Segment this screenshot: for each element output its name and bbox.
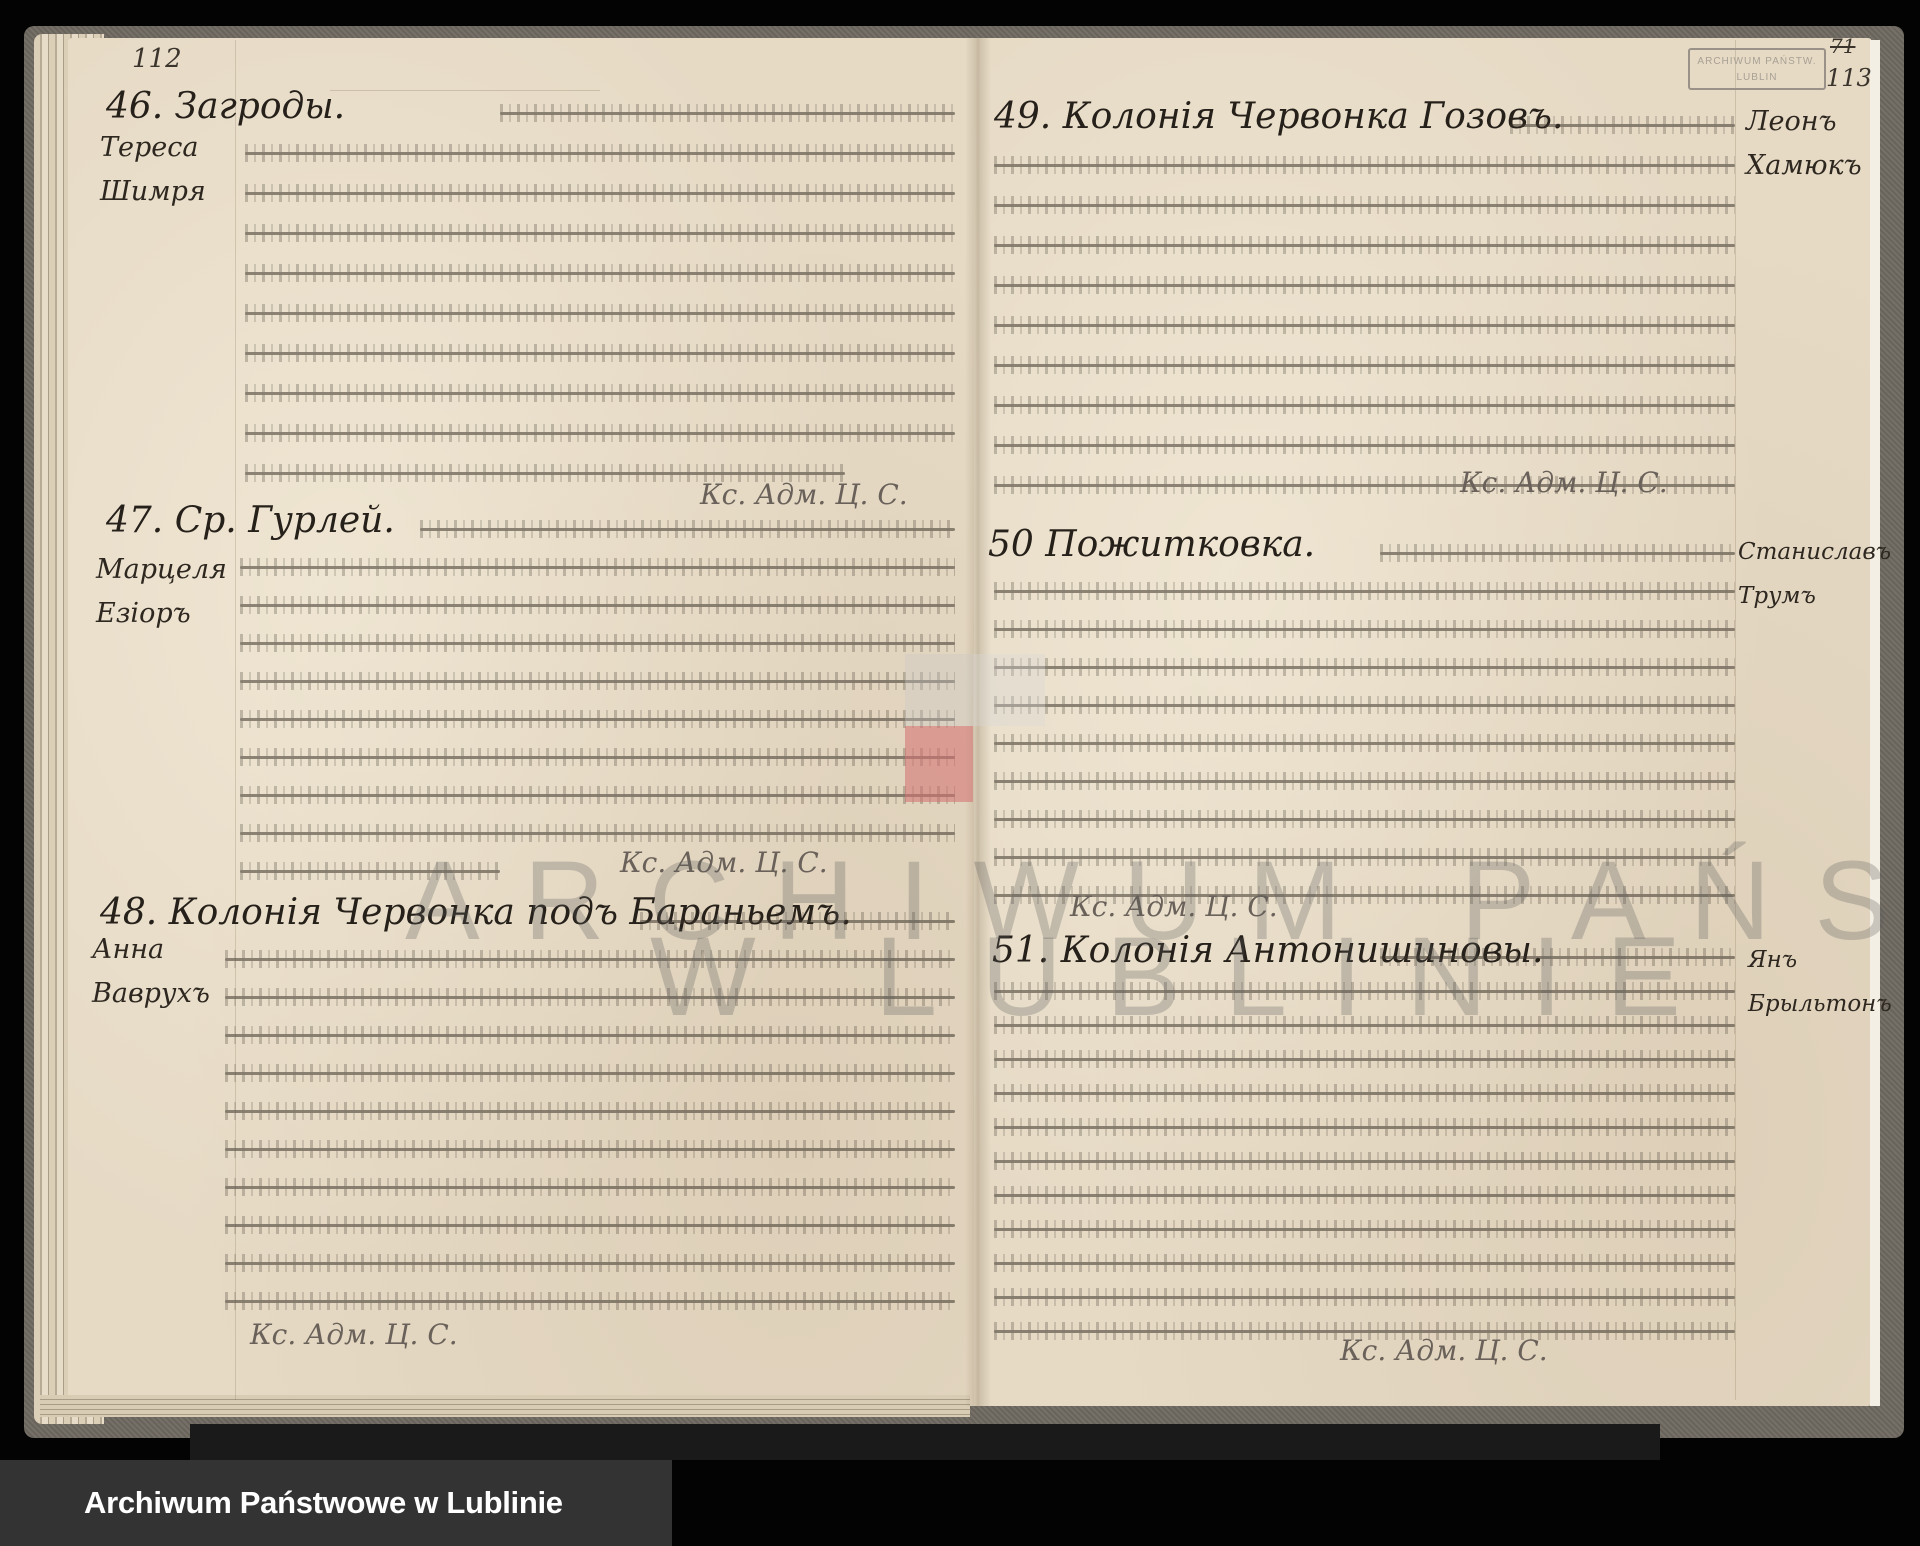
handwritten-line (994, 1296, 1735, 1299)
archive-stamp: ARCHIWUM PAŃSTW. LUBLIN (1688, 48, 1826, 90)
handwritten-line (245, 272, 955, 275)
handwritten-line (500, 112, 955, 115)
entry-number: 46. (106, 86, 163, 127)
page-stack-bottom (40, 1395, 970, 1417)
handwritten-line (245, 312, 955, 315)
margin-name: Анна (92, 928, 210, 972)
watermark-logo-red-block (905, 726, 973, 802)
margin-surname: Хамюкъ (1746, 144, 1862, 188)
entry-number: 48. (100, 892, 157, 933)
archive-caption-bar: Archiwum Państwowe w Lublinie (0, 1460, 672, 1546)
handwritten-line (245, 472, 845, 475)
handwritten-line (245, 192, 955, 195)
handwritten-line (240, 680, 955, 683)
handwritten-line (245, 352, 955, 355)
handwritten-line (420, 528, 955, 531)
entry-place: Загроды. (175, 86, 345, 127)
handwritten-line (994, 1126, 1735, 1129)
watermark-logo-block (973, 654, 1045, 726)
margin-surname: Ваврухъ (92, 972, 210, 1016)
right-folio-number: 113 (1826, 64, 1872, 92)
handwritten-line (994, 204, 1735, 207)
entry-place: Колонія Червонка Гозовъ. (1063, 96, 1564, 137)
handwritten-line (994, 1262, 1735, 1265)
margin-name: Тереса (100, 126, 206, 170)
handwritten-line (994, 1330, 1735, 1333)
handwritten-line (994, 164, 1735, 167)
handwritten-line (240, 604, 955, 607)
margin-name: Леонъ (1746, 100, 1862, 144)
handwritten-line (994, 742, 1735, 745)
left-folio-number: 112 (132, 44, 182, 74)
handwritten-line (994, 284, 1735, 287)
margin-surname: Езіоръ (96, 592, 227, 636)
handwritten-line (245, 232, 955, 235)
handwritten-line (994, 666, 1735, 669)
handwritten-line (994, 780, 1735, 783)
handwritten-line (1510, 124, 1735, 127)
handwritten-line (994, 1058, 1735, 1061)
margin-name: Марцеля (96, 548, 227, 592)
handwritten-line (225, 1262, 955, 1265)
handwritten-line (994, 1194, 1735, 1197)
right-margin-rule (1735, 40, 1736, 1400)
stamp-line-1: ARCHIWUM PAŃSTW. (1690, 54, 1824, 70)
handwritten-line (1380, 552, 1735, 555)
watermark-line-2: W LUBLINIE (650, 912, 1725, 1041)
right-page-edge (1870, 40, 1880, 1406)
priest-signature: Кс. Адм. Ц. С. (1340, 1334, 1548, 1367)
image-viewer: 112 ARCHIWUM PAŃSTW. LUBLIN 71 113 46. З… (0, 0, 1920, 1546)
entry-number: 47. (106, 500, 163, 541)
entry-number: 50 (988, 524, 1034, 565)
archive-name: Archiwum Państwowe w Lublinie (84, 1485, 563, 1521)
handwritten-line (240, 756, 955, 759)
stamp-line-2: LUBLIN (1690, 70, 1824, 86)
margin-surname: Брыльтонъ (1748, 982, 1892, 1026)
header-rule (330, 90, 600, 91)
handwritten-line (994, 590, 1735, 593)
handwritten-line (994, 324, 1735, 327)
handwritten-line (994, 628, 1735, 631)
handwritten-line (240, 832, 955, 835)
handwritten-line (994, 1160, 1735, 1163)
handwritten-line (994, 244, 1735, 247)
handwritten-line (225, 1148, 955, 1151)
handwritten-line (994, 404, 1735, 407)
entry-number: 49. (994, 96, 1051, 137)
handwritten-line (240, 642, 955, 645)
handwritten-line (245, 432, 955, 435)
handwritten-line (225, 1300, 955, 1303)
priest-signature: Кс. Адм. Ц. С. (250, 1318, 458, 1351)
handwritten-line (994, 1092, 1735, 1095)
handwritten-line (240, 718, 955, 721)
handwritten-line (994, 818, 1735, 821)
handwritten-line (240, 794, 955, 797)
cover-edge-shadow (190, 1424, 1660, 1460)
handwritten-line (245, 392, 955, 395)
handwritten-line (225, 1186, 955, 1189)
handwritten-line (994, 704, 1735, 707)
margin-surname: Трумъ (1738, 574, 1891, 618)
priest-signature: Кс. Адм. Ц. С. (1460, 466, 1668, 499)
handwritten-line (240, 566, 955, 569)
right-old-folio: 71 (1830, 34, 1855, 58)
margin-name: Станиславъ (1738, 530, 1891, 574)
handwritten-line (225, 1072, 955, 1075)
left-margin-rule (235, 40, 236, 1400)
handwritten-line (225, 1224, 955, 1227)
entry-place: Пожитковка. (1045, 524, 1315, 565)
handwritten-line (994, 1228, 1735, 1231)
handwritten-line (245, 152, 955, 155)
handwritten-line (225, 1110, 955, 1113)
margin-surname: Шимря (100, 170, 206, 214)
handwritten-line (994, 444, 1735, 447)
entry-place: Ср. Гурлей. (175, 500, 395, 541)
priest-signature: Кс. Адм. Ц. С. (700, 478, 908, 511)
handwritten-line (994, 364, 1735, 367)
